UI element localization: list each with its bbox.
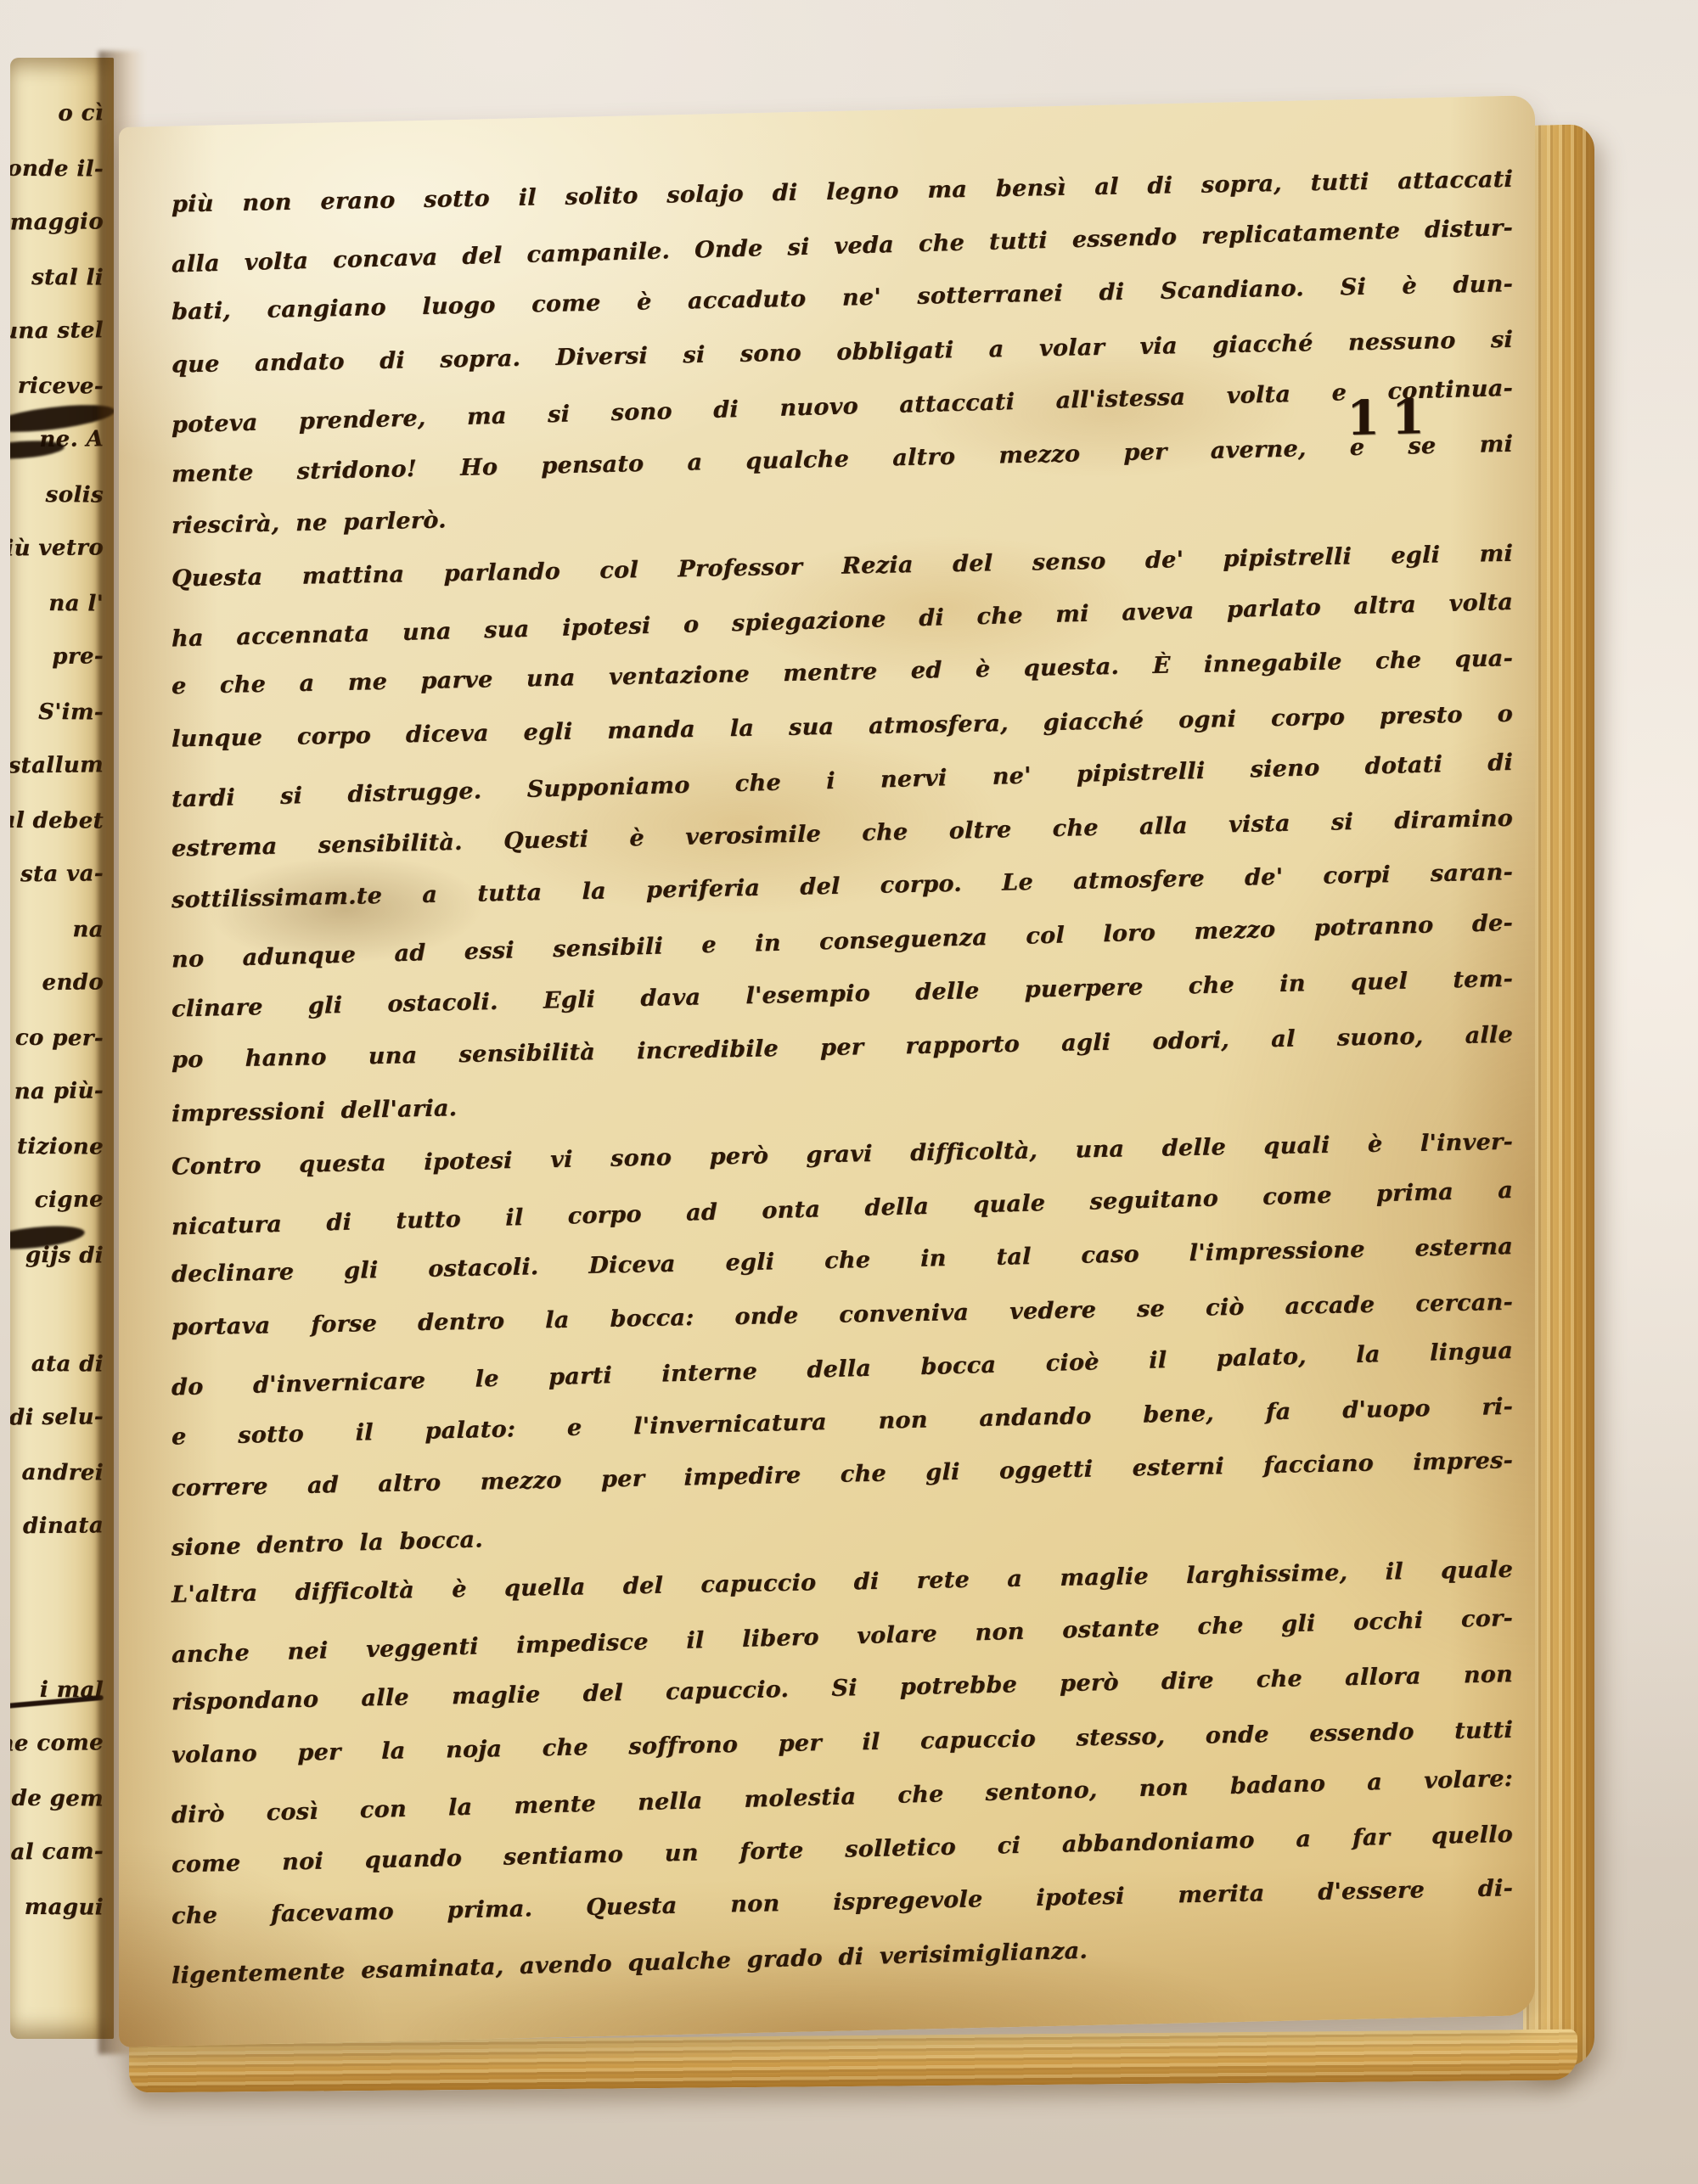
manuscript-page: 11 più non erano sotto il solito solajo …: [119, 95, 1535, 2047]
manuscript-paragraph: Questa mattina parlando col Professor Re…: [171, 525, 1513, 1143]
handwritten-text: più non erano sotto il solito solajo di …: [171, 150, 1513, 1999]
photo-background: o cìonde il-maggiostal liuna stela ricev…: [0, 0, 1698, 2184]
manuscript-paragraph: più non erano sotto il solito solajo di …: [171, 150, 1513, 555]
manuscript-paragraph: L'altra difficoltà è quella del capuccio…: [171, 1541, 1513, 1999]
manuscript-paragraph: Contro questa ipotesi vi sono però gravi…: [171, 1113, 1513, 1571]
